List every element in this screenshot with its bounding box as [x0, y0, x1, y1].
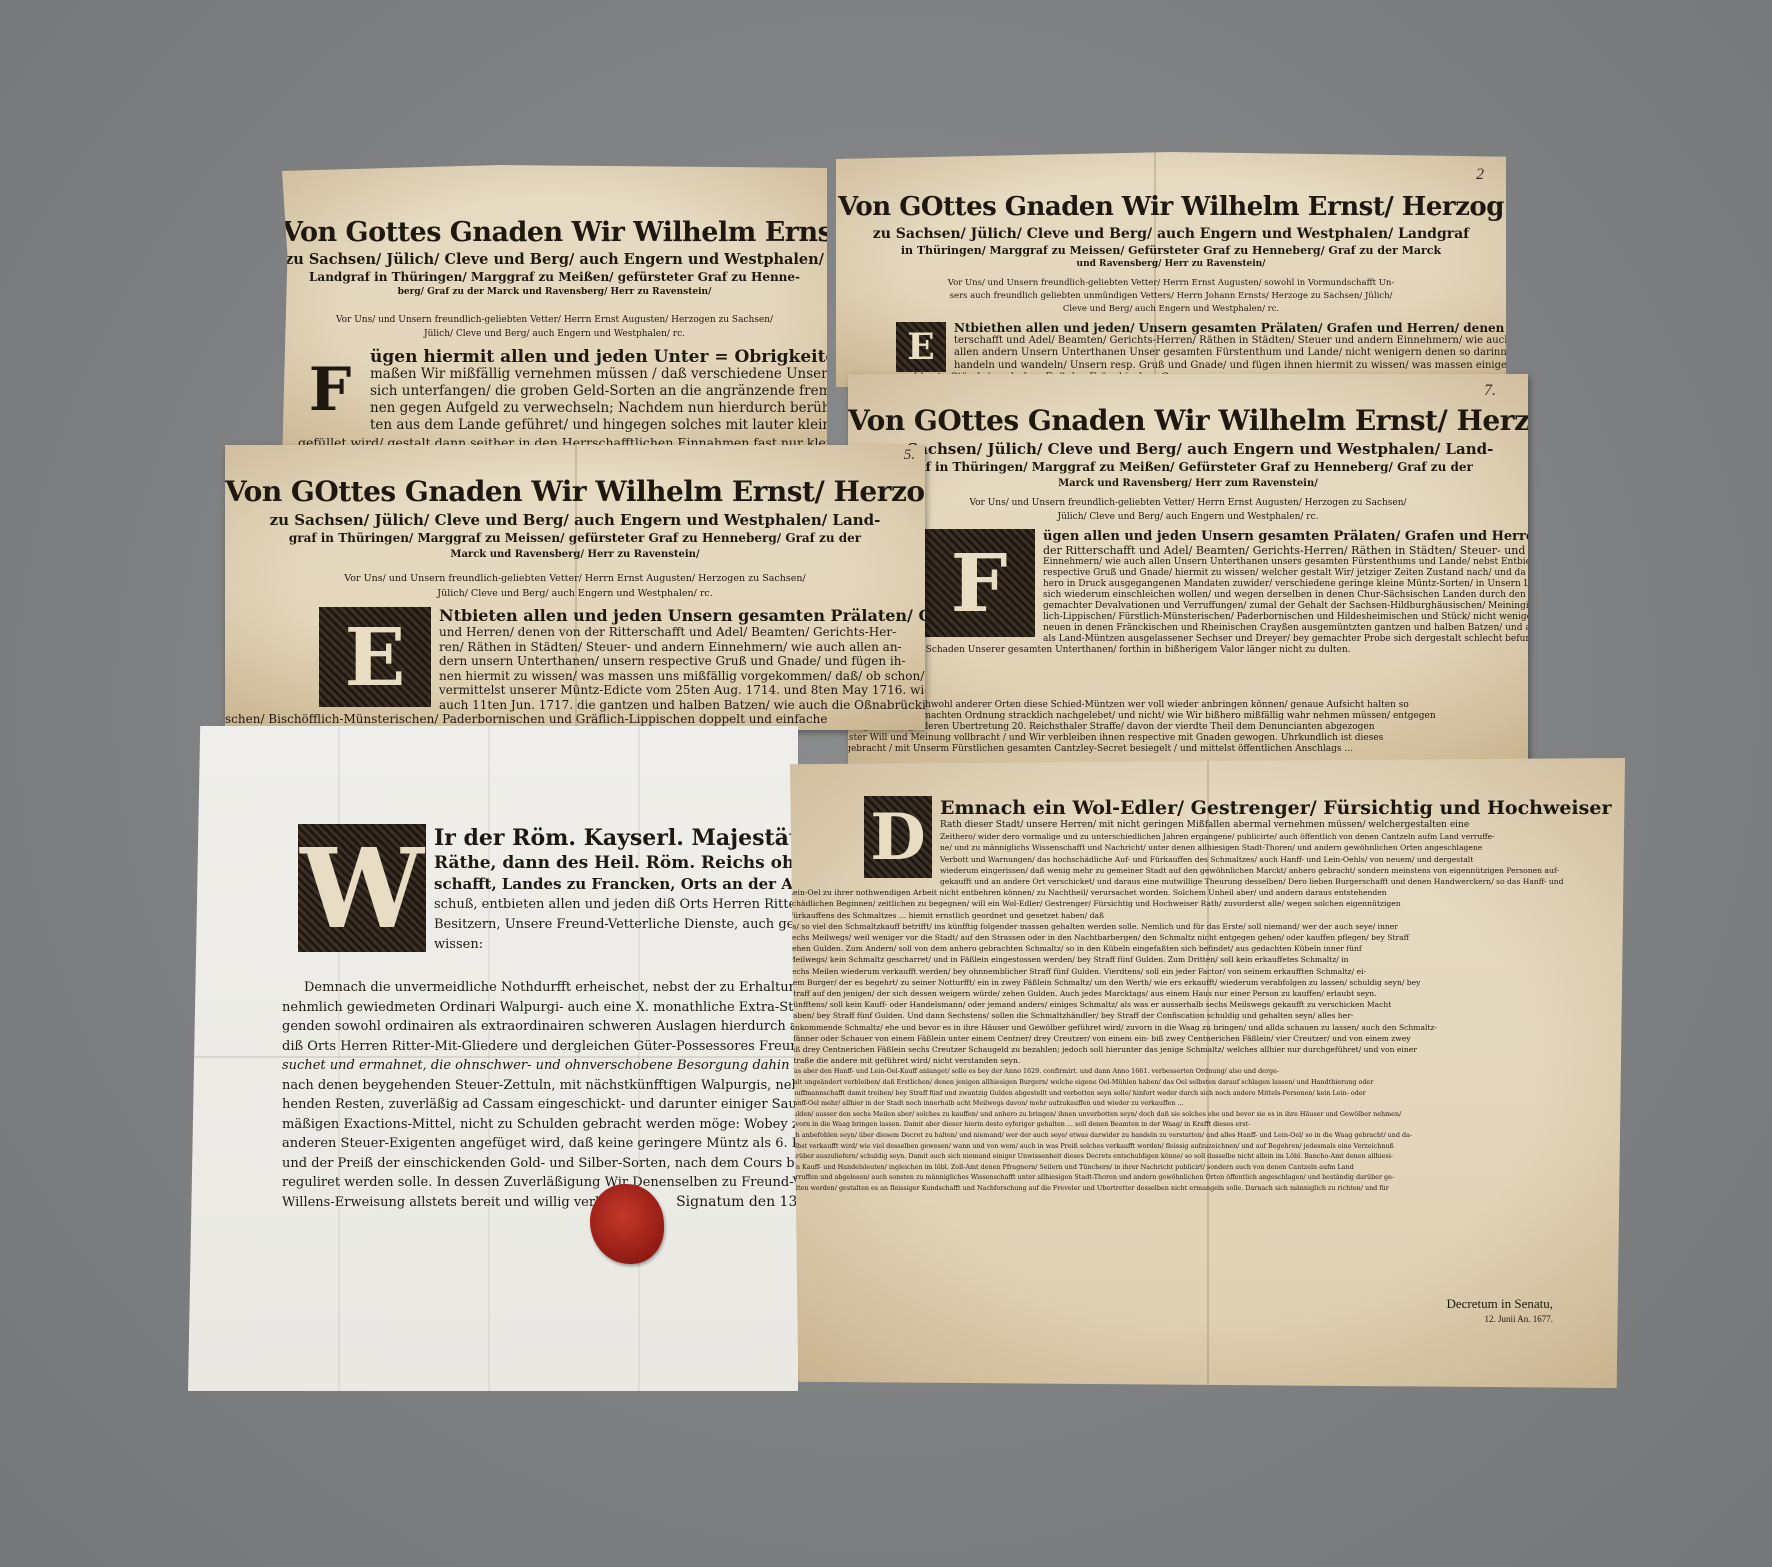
body-line: Was aber den Hanff- und Lein-Oel-Kauff a… — [790, 1066, 1577, 1077]
document-subtitle-line: zu Sachsen/ Jülich/ Cleve und Berg/ auch… — [848, 440, 1528, 458]
document-title: Von GOttes Gnaden Wir Wilhelm Ernst/ Her… — [836, 192, 1506, 222]
body-line: henden Resten, zuverläßig ad Cassam eing… — [282, 1095, 798, 1115]
document-preamble-line: Vor Uns/ und Unsern freundlich-geliebten… — [848, 498, 1528, 508]
decorative-initial: D — [864, 796, 932, 878]
body-line: handeln und wandeln/ Unsern resp. Gruß u… — [896, 360, 1486, 373]
body-line: zehen Gulden. Zum Andern/ soll von dem a… — [790, 943, 1577, 954]
body-line: ügen hiermit allen und jeden Unter = Obr… — [298, 349, 815, 366]
body-line: sechs Meilen wiederum verkaufft werden/ … — [790, 966, 1577, 977]
body-line: gen Kauff- und Handelsleuten/ ingleichen… — [790, 1162, 1577, 1173]
decorative-initial: F — [298, 349, 362, 431]
signature-line: Decretum in Senatu, — [1447, 1296, 1554, 1312]
document-title: Von Gottes Gnaden Wir Wilhelm Ernst/ Her… — [282, 217, 827, 248]
document-preamble-line: Cleve und Berg/ auch Engern und Westphal… — [836, 304, 1506, 314]
document-top-left: Von Gottes Gnaden Wir Wilhelm Ernst/ Her… — [282, 165, 827, 465]
body-line: n erlangen/ und doch gleichwohl anderer … — [848, 700, 1514, 711]
body-line: stalt ungeändert verbleiben/ daß Erstlic… — [790, 1077, 1577, 1088]
document-preamble-line: Jülich/ Cleve und Berg/ auch Engern und … — [225, 588, 925, 599]
document-subtitle-line: graf in Thüringen/ Marggraf zu Meissen/ … — [225, 531, 925, 545]
page-number: 5. — [904, 447, 915, 464]
body-line: Fünfftens/ soll kein Kauff- oder Handels… — [790, 999, 1577, 1010]
document-preamble-line: Vor Uns/ und Unsern freundlich-geliebten… — [282, 315, 827, 325]
document-title: Emnach ein Wol-Edler/ Gestrenger/ Fürsic… — [864, 796, 1577, 820]
body-line: selbe/ ohne Nachtheil und Schaden Unsere… — [848, 645, 1514, 656]
document-title: Von GOttes Gnaden Wir Wilhelm Ernst/ Her… — [225, 475, 925, 508]
body-line: ten aus dem Lande geführet/ und hingegen… — [298, 417, 815, 434]
document-subtitle-line: Marck und Ravensberg/ Herr zum Ravenstei… — [848, 478, 1528, 489]
body-line: Straff auf den jenigen/ der sich dessen … — [790, 988, 1577, 999]
document-subtitle-line: in Thüringen/ Marggraf zu Meissen/ Gefür… — [836, 244, 1506, 257]
signature-date: 12. Junii An. 1677. — [1484, 1314, 1553, 1324]
body-line: anderen Steuer-Exigenten angefüget wird,… — [282, 1134, 798, 1154]
document-preamble-line: Vor Uns/ und Unsern freundlich-geliebten… — [836, 278, 1506, 288]
body-line: Verbott und Warnungen/ das hochschädlich… — [864, 854, 1577, 865]
page-number: 7. — [1484, 382, 1496, 400]
document-subtitle-line: graf in Thüringen/ Marggraf zu Meißen/ G… — [848, 460, 1528, 474]
body-line: und der Preiß der einschickenden Gold- u… — [282, 1154, 798, 1174]
body-line: Demnach die unvermeidliche Nothdurfft er… — [282, 978, 798, 998]
body-line: Straße die andere mit geführet wird/ nic… — [790, 1055, 1577, 1066]
body-line: suchet und ermahnet, die ohnschwer- und … — [282, 1056, 798, 1076]
document-middle-left: 5. Von GOttes Gnaden Wir Wilhelm Ernst/ … — [225, 445, 925, 730]
document-subtitle-line: und Ravensberg/ Herr zu Ravenstein/ — [836, 259, 1506, 269]
document-preamble-line: Jülich/ Cleve und Berg/ auch Engern und … — [282, 329, 827, 339]
body-line: diß Orts Herren Ritter-Mit-Gliedere und … — [282, 1037, 798, 1057]
document-preamble-line: Jülich/ Cleve und Berg/ auch Engern und … — [848, 512, 1528, 522]
body-line: darüber auszuliefern/ schuldig seyn. Dam… — [790, 1151, 1577, 1162]
body-line: halten werden/ gestalten es an fleissige… — [790, 1183, 1577, 1194]
body-line: Hanff-Oel mehr/ allhier in der Stadt noc… — [790, 1098, 1577, 1109]
body-line: selbst verkaufft wird/ wie viel desselbe… — [790, 1141, 1577, 1152]
body-line: Fürkauffens des Schmaltzes ... hiemit er… — [790, 910, 1577, 921]
body-line: nen gegen Aufgeld zu verwechseln; Nachde… — [298, 400, 815, 417]
document-preamble-line: Vor Uns/ und Unsern freundlich-geliebten… — [225, 573, 925, 584]
body-line: Unser ernster Will und Meinung vollbrach… — [848, 733, 1514, 744]
body-line: lich anbefohlen seyn/ über diesem Decret… — [790, 1130, 1577, 1141]
decorative-initial: F — [923, 529, 1035, 637]
body-line: nach denen beygehenden Steuer-Zettuln, m… — [282, 1076, 798, 1096]
body-line: Zeithero/ wider dero vormalige und zu un… — [864, 831, 1577, 842]
wax-seal — [590, 1184, 664, 1264]
body-line: verruffen und abgelesen/ auch sonsten zu… — [790, 1172, 1577, 1183]
document-subtitle-line: berg/ Graf zu der Marck und Ravensberg/ … — [282, 287, 827, 297]
body-line: ne/ und zu männiglichs Wissenschafft und… — [864, 842, 1577, 853]
body-line: reguliret werden solle. In dessen Zuverl… — [282, 1173, 798, 1193]
body-line: Wir dann auf jedesmalige deren Ubertretu… — [848, 722, 1514, 733]
body-line: Kauffmannschafft damit treiben/ bey Stra… — [790, 1088, 1577, 1099]
document-subtitle-line: zu Sachsen/ Jülich/ Cleve und Berg/ auch… — [282, 251, 827, 268]
body-line: Meilwegs/ kein Schmaltz gescharret/ und … — [790, 954, 1577, 965]
body-line: schen/ Bischöfflich-Münsterischen/ Pader… — [225, 712, 911, 727]
body-line: einkommende Schmaltz/ ehe und bevor es i… — [790, 1022, 1577, 1033]
document-subtitle-line: Marck und Ravensberg/ Herr zu Ravenstein… — [225, 549, 925, 560]
decorative-initial: E — [319, 607, 431, 707]
body-line: terschafft und Adel/ Beamten/ Gerichts-H… — [896, 335, 1486, 348]
body-line: sechs Meilwegs/ weil weniger vor die Sta… — [790, 932, 1577, 943]
body-line: es/ so viel den Schmaltzkauff betrifft/ … — [790, 921, 1577, 932]
body-line: Rath dieser Stadt/ unsere Herren/ mit ni… — [864, 820, 1577, 831]
body-line: Gulden/ ausser den sechs Meilen aber/ so… — [790, 1109, 1577, 1120]
body-line: allen andern Unsern Unterthanen Unser ge… — [896, 347, 1486, 360]
body-line: nehmlich gewiedmeten Ordinari Walpurgi- … — [282, 998, 798, 1018]
document-top-right: 2 Von GOttes Gnaden Wir Wilhelm Ernst/ H… — [836, 152, 1506, 387]
document-bottom-right: D Emnach ein Wol-Edler/ Gestrenger/ Fürs… — [790, 758, 1625, 1388]
body-line: mäßigen Exactions-Mittel, nicht zu Schul… — [282, 1115, 798, 1135]
decorative-initial: E — [896, 322, 946, 372]
document-subtitle-line: Landgraf in Thüringen/ Marggraf zu Meiße… — [282, 270, 827, 284]
body-line: maßen Wir mißfällig vernehmen müssen / d… — [298, 366, 815, 383]
document-middle-right: 7. Von GOttes Gnaden Wir Wilhelm Ernst/ … — [848, 374, 1528, 769]
signature-date: Signatum den 13. Apr. 1757. — [676, 1194, 798, 1210]
body-line: sich unterfangen/ die groben Geld-Sorten… — [298, 383, 815, 400]
page-number: 2 — [1476, 166, 1484, 184]
document-subtitle-line: zu Sachsen/ Jülich/ Cleve und Berg/ auch… — [225, 511, 925, 529]
body-line: in Druck gebracht / mit Unserm Fürstlich… — [848, 744, 1514, 755]
body-line: zuvorn in die Waag bringen lassen. Damit… — [790, 1119, 1577, 1130]
document-bottom-left: W Ir der Röm. Kayserl. Majestät respecti… — [188, 726, 798, 1391]
body-line: biß drey Centnerichen Fäßlein sechs Creu… — [790, 1044, 1577, 1055]
document-preamble-line: sers auch freundlich geliebten unmündige… — [836, 291, 1506, 301]
decorative-initial: W — [298, 824, 426, 952]
body-line: genden sowohl ordinairen als extraordina… — [282, 1017, 798, 1037]
body-line: schädlichen Beginnen/ zeitlichen zu bege… — [790, 898, 1577, 909]
body-line: haben/ bey Straff fünf Gulden. Und dann … — [790, 1010, 1577, 1021]
body-line: Pfänner oder Schauer von einem Fäßlein u… — [790, 1033, 1577, 1044]
document-title: Von GOttes Gnaden Wir Wilhelm Ernst/ Her… — [848, 404, 1528, 437]
body-line: Unser wohlbedächtlich gemachten Ordnung … — [848, 711, 1514, 722]
body-line: Ntbiethen allen und jeden/ Unsern gesamt… — [896, 322, 1486, 335]
body-line: Lein-Oel zu ihrer nothwendigen Arbeit ni… — [790, 887, 1577, 898]
document-subtitle-line: zu Sachsen/ Jülich/ Cleve und Berg/ auch… — [836, 226, 1506, 242]
body-line: nem Burger/ der es begehrt/ zu seiner No… — [790, 977, 1577, 988]
